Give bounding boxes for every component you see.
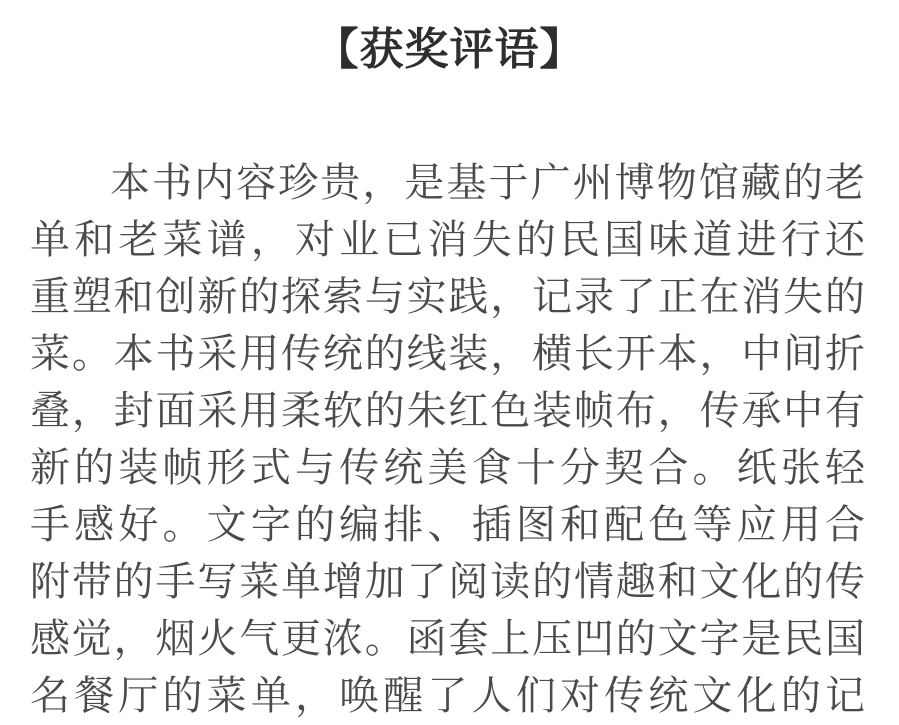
paragraph-line: 感觉，烟火气更浓。函套上压凹的文字是民国知 — [30, 611, 865, 668]
page-title: 【获奖评语】 — [0, 24, 899, 77]
paragraph-line: 单和老菜谱，对业已消失的民国味道进行还原、 — [30, 212, 865, 269]
paragraph-line: 重塑和创新的探索与实践，记录了正在消失的名 — [30, 269, 865, 326]
award-commentary-page: 【获奖评语】 本书内容珍贵，是基于广州博物馆藏的老菜 单和老菜谱，对业已消失的民… — [0, 0, 899, 725]
commentary-paragraph: 本书内容珍贵，是基于广州博物馆藏的老菜 单和老菜谱，对业已消失的民国味道进行还原… — [30, 155, 865, 725]
paragraph-line: 新的装帧形式与传统美食十分契合。纸张轻软， — [30, 440, 865, 497]
paragraph-line: 手感好。文字的编排、插图和配色等应用合理。 — [30, 497, 865, 554]
paragraph-line: 附带的手写菜单增加了阅读的情趣和文化的传承 — [30, 554, 865, 611]
paragraph-line: 菜。本书采用传统的线装，横长开本，中间折 — [30, 326, 865, 383]
paragraph-line: 本书内容珍贵，是基于广州博物馆藏的老菜 — [30, 155, 865, 212]
paragraph-line: 名餐厅的菜单，唤醒了人们对传统文化的记忆。 — [30, 668, 865, 725]
paragraph-line: 叠，封面采用柔软的朱红色装帧布，传承中有创 — [30, 383, 865, 440]
